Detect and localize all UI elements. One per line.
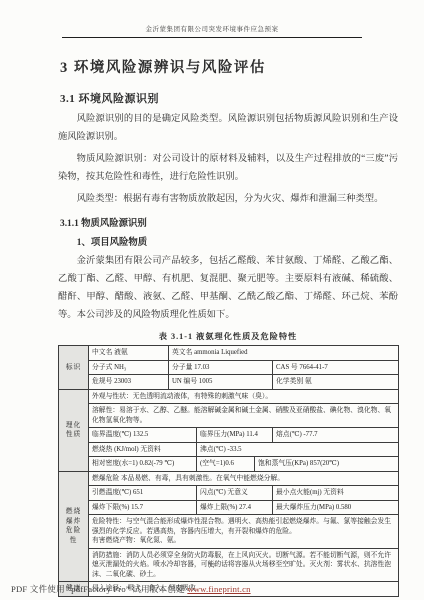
paragraph-material-risk: 物质风险源识别：对公司设计的原材料及辅料，以及生产过程排放的“三废”污染物，按其… — [58, 150, 398, 186]
table-cell: 分子式 NH₃ — [89, 360, 169, 375]
group-label-physchem: 理化性质 — [59, 389, 89, 471]
document-page: 金沂蒙集团有限公司突发环境事件应急预案 3 环境风险源辨识与风险评估 3.1 环… — [0, 0, 424, 600]
table-cell: CAS 号 7664-41-7 — [273, 360, 399, 375]
subsection-heading: 3.1.1 物质风险源识别 — [60, 215, 398, 229]
table-cell: 燃爆危险 本品易燃、有毒，具有刺激性。在氧气中能燃烧分解。 — [89, 471, 399, 486]
fineprint-link[interactable]: www.fineprint.cn — [187, 584, 250, 594]
hazard-characteristics-text: 危险特性：与空气混合能形成爆炸性混合物。遇明火、高热能引起燃烧爆炸。与氟、氯等接… — [92, 517, 395, 536]
table-cell: 沸点(℃) -33.5 — [197, 442, 399, 457]
table-row: 溶解性：易溶于水、乙醇、乙醚。能溶解碱金属和碱土金属、硝酸及亚硝酸盐、碘化物、溴… — [59, 404, 399, 428]
table-cell: 引燃温度(℃) 651 — [89, 486, 197, 501]
table-cell: 临界压力(MPa) 11.4 — [197, 428, 273, 443]
table-cell: 中文名 液氨 — [89, 346, 169, 361]
table-cell: 闪点(℃) 无意义 — [197, 486, 273, 501]
table-row: 危险特性：与空气混合能形成爆炸性混合物。遇明火、高热能引起燃烧爆炸。与氟、氯等接… — [59, 515, 399, 549]
table-cell: 临界温度(℃) 132.5 — [89, 428, 197, 443]
page-header: 金沂蒙集团有限公司突发环境事件应急预案 — [62, 26, 362, 38]
table-row: 爆炸下限(%) 15.7 爆炸上限(%) 27.4 最大爆炸压力(MPa) 0.… — [59, 500, 399, 515]
paragraph-products: 金沂蒙集团有限公司产品较多，包括乙醛酸、苯甘氨酸、丁烯醛、乙酸乙酯、乙酸丁酯、乙… — [58, 252, 398, 324]
table-row: 燃烧爆炸危险性 燃爆危险 本品易燃、有毒，具有刺激性。在氧气中能燃烧分解。 — [59, 471, 399, 486]
table-row: 分子式 NH₃ 分子量 17.03 CAS 号 7664-41-7 — [59, 360, 399, 375]
paragraph-risk-purpose: 风险源识别的目的是确定风险类型。风险源识别包括物质源风险识别和生产设施风险源识别… — [58, 110, 398, 146]
ammonia-properties-table: 标识 中文名 液氨 英文名 ammonia Liquefied 分子式 NH₃ … — [58, 345, 399, 597]
table-caption: 表 3.1-1 液氨理化性质及危险特性 — [58, 331, 398, 342]
table-cell: 分子量 17.03 — [169, 360, 273, 375]
item-heading: 1、项目风险物质 — [58, 234, 398, 248]
table-cell: 最大爆炸压力(MPa) 0.580 — [273, 500, 399, 515]
paragraph-risk-types: 风险类型：根据有毒有害物质放散起因，分为火灾、爆炸和泄漏三种类型。 — [58, 190, 398, 208]
section-heading: 3.1 环境风险源识别 — [60, 90, 398, 106]
pdf-factory-footer: PDF 文件使用 “pdfFactory Pro” 试用版本创建 www.fin… — [11, 583, 251, 595]
table-cell: 化学类别 氨 — [273, 375, 399, 390]
table-cell: 燃烧热 (KJ/mol) 无资料 — [89, 442, 197, 457]
chapter-heading: 3 环境风险源辨识与风险评估 — [60, 56, 398, 77]
table-cell: 英文名 ammonia Liquefied — [169, 346, 399, 361]
header-rule — [62, 37, 362, 38]
table-cell: 相对密度(水=1) 0.82(-79 ℃) — [89, 457, 197, 472]
table-cell: 最小点火能(mj) 无资料 — [273, 486, 399, 501]
table-row: 燃烧热 (KJ/mol) 无资料 沸点(℃) -33.5 — [59, 442, 399, 457]
table-row: 引燃温度(℃) 651 闪点(℃) 无意义 最小点火能(mj) 无资料 — [59, 486, 399, 501]
table-row: 理化性质 外观与性状：无色透明流动液体，有特殊的刺激气味（臭）。 — [59, 389, 399, 404]
table-cell: 饱和蒸气压(KPa) 857(20℃) — [255, 457, 399, 472]
footer-text: PDF 文件使用 “pdfFactory Pro” 试用版本创建 — [11, 584, 187, 594]
table-cell: 溶解性：易溶于水、乙醇、乙醚。能溶解碱金属和碱土金属、硝酸及亚硝酸盐、碘化物、溴… — [89, 404, 399, 428]
table-cell: (空气=1)0.6 — [197, 457, 255, 472]
table-cell: 爆炸上限(%) 27.4 — [197, 500, 273, 515]
page-number: 77 — [0, 561, 424, 570]
table-cell: 熔点(℃) -77.7 — [273, 428, 399, 443]
page-content: 3 环境风险源辨识与风险评估 3.1 环境风险源识别 风险源识别的目的是确定风险… — [58, 50, 398, 597]
table-cell: 危规号 23003 — [89, 375, 169, 390]
table-row: 相对密度(水=1) 0.82(-79 ℃) (空气=1)0.6 饱和蒸气压(KP… — [59, 457, 399, 472]
table-cell: 外观与性状：无色透明流动液体，有特殊的刺激气味（臭）。 — [89, 389, 399, 404]
group-label-identification: 标识 — [59, 346, 89, 390]
table-row: 临界温度(℃) 132.5 临界压力(MPa) 11.4 熔点(℃) -77.7 — [59, 428, 399, 443]
table-cell: UN 编号 1005 — [169, 375, 273, 390]
table-row: 标识 中文名 液氨 英文名 ammonia Liquefied — [59, 346, 399, 361]
table-row: 危规号 23003 UN 编号 1005 化学类别 氨 — [59, 375, 399, 390]
table-cell: 危险特性：与空气混合能形成爆炸性混合物。遇明火、高热能引起燃烧爆炸。与氟、氯等接… — [89, 515, 399, 549]
combustion-products-text: 有害燃烧产物：氧化氮、氨。 — [92, 536, 395, 546]
table-cell: 爆炸下限(%) 15.7 — [89, 500, 197, 515]
page-header-title: 金沂蒙集团有限公司突发环境事件应急预案 — [62, 26, 362, 34]
